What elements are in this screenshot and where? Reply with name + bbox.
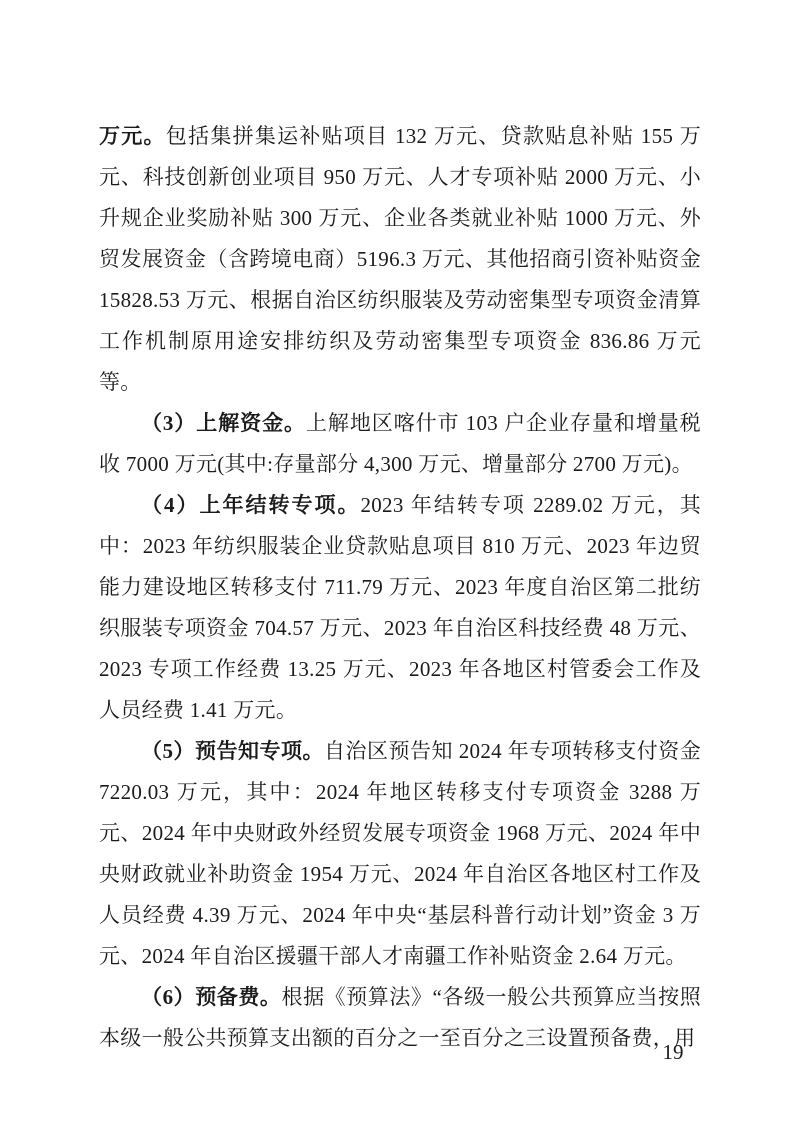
paragraph-text: 自治区预告知 2024 年专项转移支付资金 7220.03 万元，其中：2024… bbox=[99, 739, 701, 968]
paragraph-item-5: （5）预告知专项。自治区预告知 2024 年专项转移支付资金 7220.03 万… bbox=[99, 731, 701, 977]
paragraph-lead: （4）上年结转专项。 bbox=[141, 493, 360, 517]
paragraph-text: 包括集拼集运补贴项目 132 万元、贷款贴息补贴 155 万元、科技创新创业项目… bbox=[99, 124, 701, 394]
paragraph-lead: （6）预备费。 bbox=[141, 985, 282, 1009]
document-page: 万元。包括集拼集运补贴项目 132 万元、贷款贴息补贴 155 万元、科技创新创… bbox=[0, 0, 793, 1122]
paragraph-lead: （5）预告知专项。 bbox=[141, 739, 324, 763]
paragraph-item-6: （6）预备费。根据《预算法》“各级一般公共预算应当按照本级一般公共预算支出额的百… bbox=[99, 977, 701, 1059]
paragraph-text: 2023 年结转专项 2289.02 万元，其中：2023 年纺织服装企业贷款贴… bbox=[99, 493, 701, 722]
paragraph-lead: （3）上解资金。 bbox=[141, 411, 306, 435]
page-content: 万元。包括集拼集运补贴项目 132 万元、贷款贴息补贴 155 万元、科技创新创… bbox=[99, 116, 701, 1059]
paragraph-item-3: （3）上解资金。上解地区喀什市 103 户企业存量和增量税收 7000 万元(其… bbox=[99, 403, 701, 485]
page-number: 19 bbox=[650, 1039, 696, 1065]
paragraph-continuation: 万元。包括集拼集运补贴项目 132 万元、贷款贴息补贴 155 万元、科技创新创… bbox=[99, 116, 701, 403]
paragraph-lead: 万元。 bbox=[99, 124, 166, 148]
paragraph-item-4: （4）上年结转专项。2023 年结转专项 2289.02 万元，其中：2023 … bbox=[99, 485, 701, 731]
